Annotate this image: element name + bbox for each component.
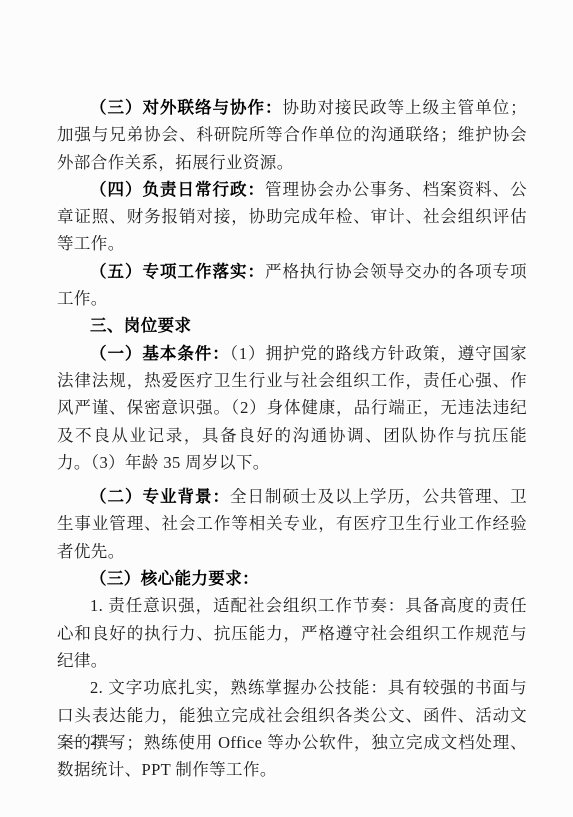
heading-job-requirements: 三、岗位要求 [57, 312, 527, 339]
document-body: （三）对外联络与协作：协助对接民政等上级主管单位；加强与兄弟协会、科研院所等合作… [57, 94, 527, 783]
para-external-liaison-lead: （三）对外联络与协作： [90, 98, 283, 117]
para-basic-conditions-lead: （一）基本条件： [90, 344, 230, 363]
item-responsibility: 1. 责任意识强，适配社会组织工作节奏：具备高度的责任心和良好的执行力、抗压能力… [57, 592, 527, 674]
para-professional-background-lead: （二）专业背景： [90, 487, 230, 506]
para-professional-background: （二）专业背景：全日制硕士及以上学历，公共管理、卫生事业管理、社会工作等相关专业… [57, 483, 527, 565]
item-writing-skills: 2. 文字功底扎实，熟练掌握办公技能：具有较强的书面与口头表达能力，能独立完成社… [57, 674, 527, 783]
para-special-tasks: （五）专项工作落实：严格执行协会领导交办的各项专项工作。 [57, 258, 527, 313]
para-core-abilities: （三）核心能力要求： [57, 565, 527, 592]
para-daily-admin: （四）负责日常行政：管理协会办公事务、档案资料、公章证照、财务报销对接，协助完成… [57, 176, 527, 258]
para-daily-admin-lead: （四）负责日常行政： [90, 180, 265, 199]
paper-sheet: （三）对外联络与协作：协助对接民政等上级主管单位；加强与兄弟协会、科研院所等合作… [0, 0, 573, 817]
page-number: — 2 — [66, 733, 125, 750]
item-responsibility-text: 1. 责任意识强，适配社会组织工作节奏：具备高度的责任心和良好的执行力、抗压能力… [57, 596, 527, 670]
document-page: { "colors": { "paper": "#fcfcfc", "ink":… [0, 0, 573, 817]
item-writing-skills-text: 2. 文字功底扎实，熟练掌握办公技能：具有较强的书面与口头表达能力，能独立完成社… [57, 678, 527, 779]
para-external-liaison: （三）对外联络与协作：协助对接民政等上级主管单位；加强与兄弟协会、科研院所等合作… [57, 94, 527, 176]
para-core-abilities-lead: （三）核心能力要求： [90, 569, 259, 588]
para-basic-conditions: （一）基本条件：（1）拥护党的路线方针政策，遵守国家法律法规，热爱医疗卫生行业与… [57, 340, 527, 476]
heading-job-requirements-label: 三、岗位要求 [90, 316, 191, 335]
para-special-tasks-lead: （五）专项工作落实： [90, 262, 265, 281]
